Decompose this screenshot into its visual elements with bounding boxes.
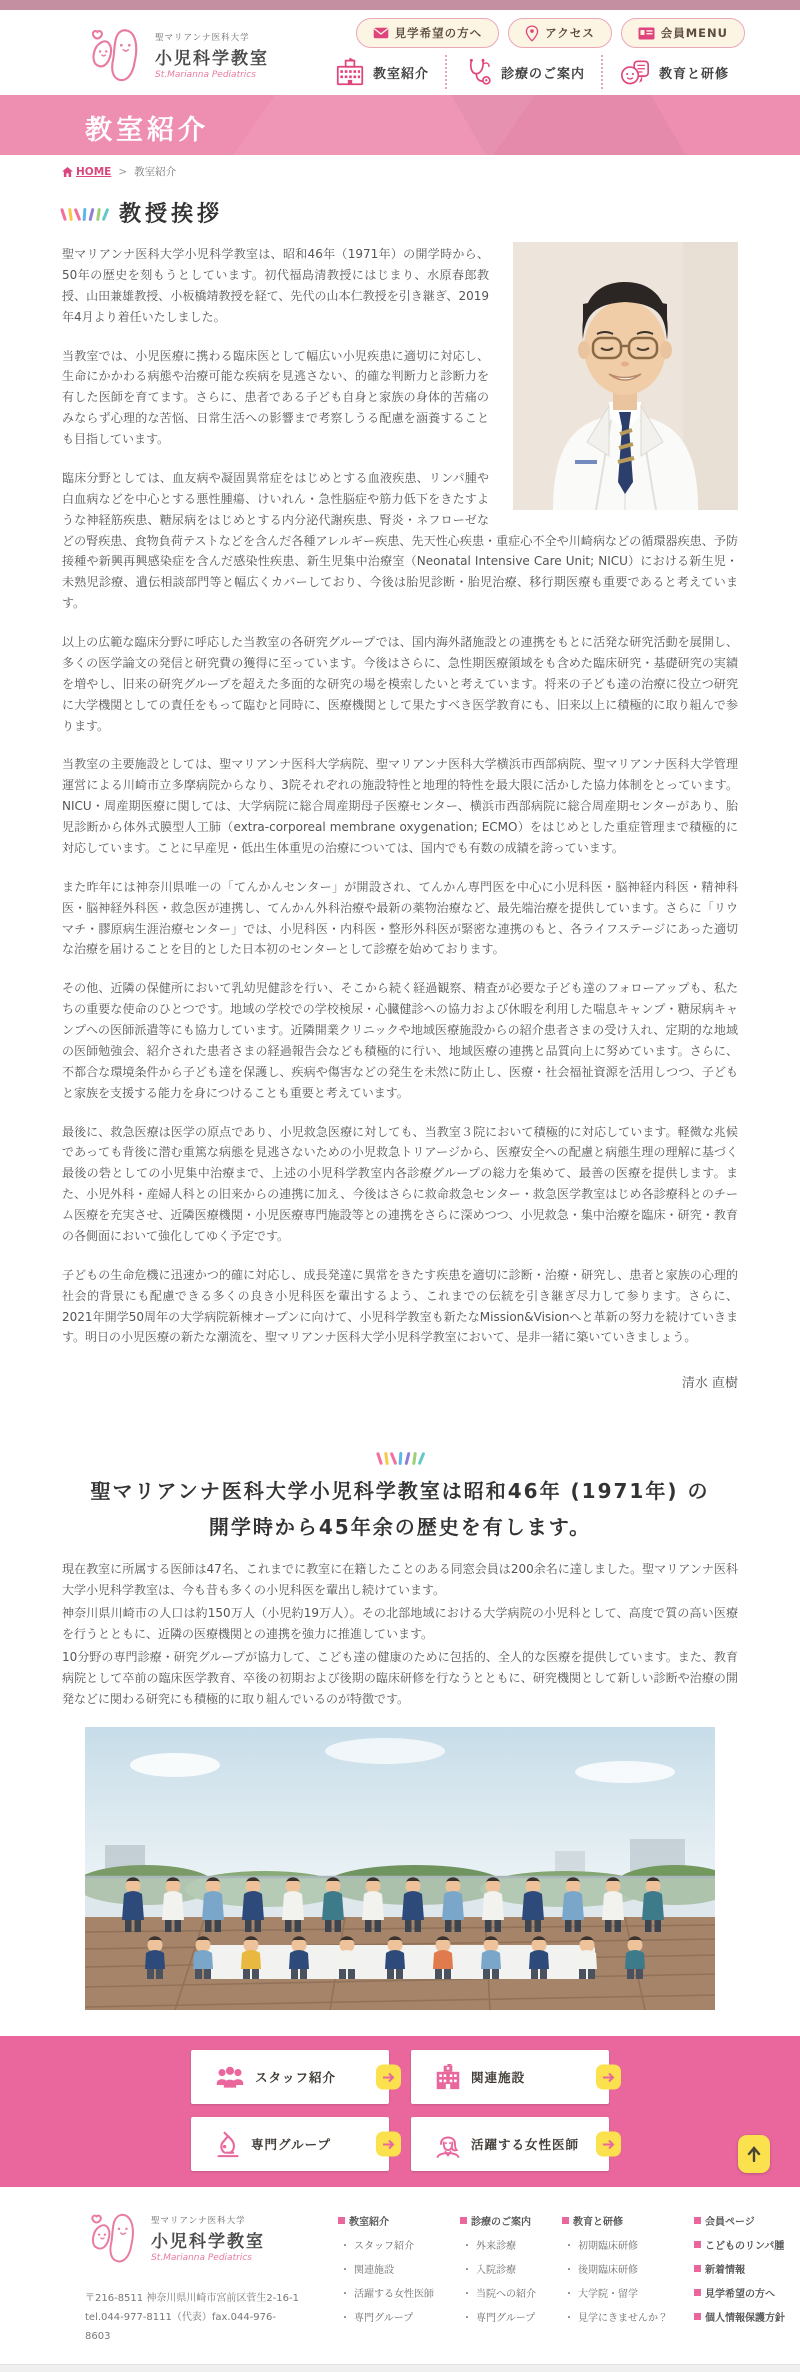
arrow-right-icon xyxy=(382,2072,395,2082)
staff-group-photo xyxy=(85,1727,715,2010)
greeting-paragraph: 以上の広範な臨床分野に呼応した当教室の各研究グループでは、国内海外諸施設との連携… xyxy=(62,632,738,736)
greeting-paragraph: 子どもの生命危機に迅速かつ的確に対応し、成長発達に異常をきたす疾患を適切に診断・… xyxy=(62,1265,738,1349)
greeting-paragraph: 当教室の主要施設としては、聖マリアンナ医科大学病院、聖マリアンナ医科大学横浜市西… xyxy=(62,754,738,858)
arrow-right-icon xyxy=(382,2139,395,2149)
footer-column-department: 教室紹介 ・スタッフ紹介 ・関連施設 ・活躍する女性医師 ・専門グループ xyxy=(338,2213,434,2346)
footer-link[interactable]: ・見学にきませんか？ xyxy=(562,2309,668,2324)
arrow-chip xyxy=(596,2132,621,2157)
staff-group-icon xyxy=(215,2065,245,2089)
visit-request-button[interactable]: 見学希望の方へ xyxy=(356,18,500,48)
site-header: 聖マリアンナ医科大学 小児科学教室 St.Marianna Pediatrics… xyxy=(0,10,800,95)
history-heading: 聖マリアンナ医科大学小児科学教室は昭和46年 (1971年) の 開学時から45… xyxy=(62,1473,738,1545)
mail-icon xyxy=(373,27,389,39)
footer-link[interactable]: ・入院診療 xyxy=(460,2261,536,2276)
back-to-top-button[interactable] xyxy=(738,2135,770,2173)
main-nav: 教室紹介 診療のご案内 xyxy=(319,55,745,89)
logo-mark-icon xyxy=(85,24,147,86)
breadcrumb: HOME > 教室紹介 xyxy=(0,155,800,183)
footer-column-education: 教育と研修 ・初期臨床研修 ・後期臨床研修 ・大学院・留学 ・見学にきませんか？ xyxy=(562,2213,668,2346)
footer-link[interactable]: こどものリンパ腫 xyxy=(694,2237,785,2252)
arrow-chip xyxy=(376,2132,401,2157)
ticks-icon xyxy=(62,205,107,221)
square-bullet-icon xyxy=(460,2217,467,2224)
footer-link[interactable]: 教室紹介 xyxy=(338,2213,434,2228)
female-doctors-button[interactable]: 活躍する女性医師 xyxy=(411,2117,609,2171)
member-menu-button[interactable]: 会員MENU xyxy=(621,18,745,48)
footer-link[interactable]: 診療のご案内 xyxy=(460,2213,536,2228)
signature: 清水 直樹 xyxy=(62,1372,738,1391)
hospital-icon xyxy=(435,2064,461,2090)
logo-english: St.Marianna Pediatrics xyxy=(155,70,269,80)
ticks-icon xyxy=(378,1449,423,1465)
footer-link[interactable]: ・後期臨床研修 xyxy=(562,2261,668,2276)
staff-intro-button[interactable]: スタッフ紹介 xyxy=(191,2050,389,2104)
breadcrumb-home-link[interactable]: HOME xyxy=(62,166,111,178)
arrow-up-icon xyxy=(747,2146,761,2162)
square-bullet-icon xyxy=(694,2289,701,2296)
logo-department: 小児科学教室 xyxy=(155,44,269,69)
footer-column-medical: 診療のご案内 ・外来診療 ・入院診療 ・当院への紹介 ・専門グループ xyxy=(460,2213,536,2346)
footer-logo[interactable]: 聖マリアンナ医科大学 小児科学教室 St.Marianna Pediatrics xyxy=(85,2209,300,2267)
footer-link[interactable]: 会員ページ xyxy=(694,2213,785,2228)
greeting-paragraph: また昨年には神奈川県唯一の「てんかんセンター」が開設され、てんかん専門医を中心に… xyxy=(62,877,738,961)
top-accent-bar xyxy=(0,0,800,10)
footer-link[interactable]: ・関連施設 xyxy=(338,2261,434,2276)
footer-link[interactable]: ・活躍する女性医師 xyxy=(338,2285,434,2300)
history-paragraph: 現在教室に所属する医師は47名、これまでに教室に在籍したことのある同窓会員は20… xyxy=(62,1559,738,1601)
greeting-paragraph: その他、近隣の保健所において乳幼児健診を行い、そこから続く経過観察、精査が必要な… xyxy=(62,978,738,1103)
related-facilities-button[interactable]: 関連施設 xyxy=(411,2050,609,2104)
map-pin-icon xyxy=(525,25,539,42)
footer-link[interactable]: ・専門グループ xyxy=(338,2309,434,2324)
greeting-heading: 教授挨拶 xyxy=(119,197,223,228)
logo-mark-icon xyxy=(85,2209,143,2267)
nav-item-department[interactable]: 教室紹介 xyxy=(319,58,445,86)
footer-address: 〒216-8511 神奈川県川崎市宮前区菅生2-16-1 tel.044-977… xyxy=(85,2289,300,2346)
greeting-paragraph: 最後に、救急医療は医学の原点であり、小児救急医療に対しても、当教室３院において積… xyxy=(62,1122,738,1247)
access-button[interactable]: アクセス xyxy=(508,18,612,48)
cta-section: スタッフ紹介 関連施設 xyxy=(0,2036,800,2187)
specialty-groups-button[interactable]: 専門グループ xyxy=(191,2117,389,2171)
breadcrumb-separator: > xyxy=(118,166,127,178)
utility-buttons: 見学希望の方へ アクセス 会員MENU xyxy=(356,18,745,48)
footer-link[interactable]: ・当院への紹介 xyxy=(460,2285,536,2300)
home-icon xyxy=(62,167,73,177)
footer-link[interactable]: 個人情報保護方針 xyxy=(694,2309,785,2324)
footer-link[interactable]: ・スタッフ紹介 xyxy=(338,2237,434,2252)
footer-link[interactable]: ・初期臨床研修 xyxy=(562,2237,668,2252)
footer-link[interactable]: ・専門グループ xyxy=(460,2309,536,2324)
square-bullet-icon xyxy=(694,2241,701,2248)
history-paragraphs: 現在教室に所属する医師は47名、これまでに教室に在籍したことのある同窓会員は20… xyxy=(62,1559,738,1709)
square-bullet-icon xyxy=(694,2265,701,2272)
page-banner: 教室紹介 xyxy=(0,95,800,155)
greeting-body: 聖マリアンナ医科大学小児科学教室は、昭和46年（1971年）の開学時から、50年… xyxy=(62,238,738,1391)
history-section: 聖マリアンナ医科大学小児科学教室は昭和46年 (1971年) の 開学時から45… xyxy=(62,1449,738,2010)
microscope-icon xyxy=(215,2130,241,2158)
id-card-icon xyxy=(638,27,655,40)
arrow-chip xyxy=(596,2065,621,2090)
footer-link[interactable]: 見学希望の方へ xyxy=(694,2285,785,2300)
female-doctor-icon xyxy=(435,2130,461,2158)
logo-university: 聖マリアンナ医科大学 xyxy=(155,31,269,43)
logo-text: 聖マリアンナ医科大学 小児科学教室 St.Marianna Pediatrics xyxy=(155,31,269,80)
hospital-icon xyxy=(335,58,365,86)
breadcrumb-current: 教室紹介 xyxy=(134,164,176,179)
site-footer: 聖マリアンナ医科大学 小児科学教室 St.Marianna Pediatrics… xyxy=(0,2187,800,2364)
education-icon xyxy=(619,58,651,86)
arrow-right-icon xyxy=(602,2072,615,2082)
arrow-chip xyxy=(376,2065,401,2090)
footer-column-members: 会員ページ こどものリンパ腫 新着情報 見学希望の方へ 個人情報保護方針 xyxy=(694,2213,785,2346)
footer-link[interactable]: ・大学院・留学 xyxy=(562,2285,668,2300)
greeting-section-header: 教授挨拶 xyxy=(62,197,738,228)
square-bullet-icon xyxy=(562,2217,569,2224)
nav-item-education[interactable]: 教育と研修 xyxy=(603,58,745,86)
footer-link[interactable]: ・外来診療 xyxy=(460,2237,536,2252)
arrow-right-icon xyxy=(602,2139,615,2149)
footer-link[interactable]: 教育と研修 xyxy=(562,2213,668,2228)
stethoscope-icon xyxy=(463,57,493,87)
history-paragraph: 神奈川県川崎市の人口は約150万人（小児約19万人）。その北部地域における大学病… xyxy=(62,1603,738,1645)
square-bullet-icon xyxy=(694,2313,701,2320)
professor-photo xyxy=(513,242,738,510)
square-bullet-icon xyxy=(694,2217,701,2224)
site-logo[interactable]: 聖マリアンナ医科大学 小児科学教室 St.Marianna Pediatrics xyxy=(85,24,269,86)
page-title: 教室紹介 xyxy=(0,95,800,147)
history-paragraph: 10分野の専門診療・研究グループが協力して、こども達の健康のために包括的、全人的… xyxy=(62,1647,738,1710)
footer-links: 教室紹介 ・スタッフ紹介 ・関連施設 ・活躍する女性医師 ・専門グループ 診療の… xyxy=(338,2209,785,2346)
bottom-strip xyxy=(0,2364,800,2372)
footer-link[interactable]: 新着情報 xyxy=(694,2261,785,2276)
nav-item-medical-guide[interactable]: 診療のご案内 xyxy=(447,57,601,87)
square-bullet-icon xyxy=(338,2217,345,2224)
